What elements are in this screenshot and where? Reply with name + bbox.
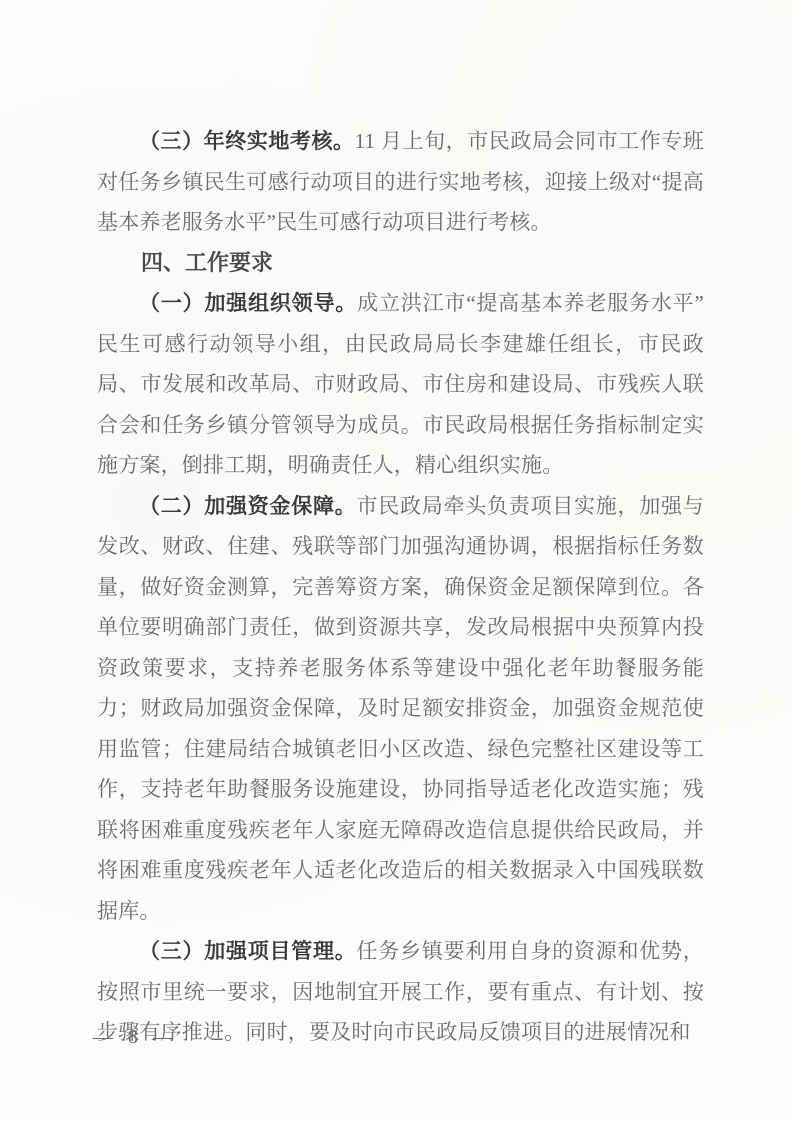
paragraph-lead-year-end-assessment: （三）年终实地考核。	[139, 129, 355, 153]
paragraph-strengthen-leadership: （一）加强组织领导。成立洪江市“提高基本养老服务水平”民生可感行动领导小组，由民…	[97, 283, 704, 486]
document-body: （三）年终实地考核。11 月上旬，市民政局会同市工作专班对任务乡镇民生可感行动项…	[97, 121, 704, 1053]
paragraph-year-end-assessment: （三）年终实地考核。11 月上旬，市民政局会同市工作专班对任务乡镇民生可感行动项…	[97, 121, 704, 243]
paragraph-lead-project-management: （三）加强项目管理。	[139, 939, 357, 963]
paragraph-text-strengthen-leadership: 成立洪江市“提高基本养老服务水平”民生可感行动领导小组，由民政局局长李建雄任组长…	[97, 291, 704, 477]
page-number: — 8 —	[93, 1024, 178, 1050]
document-page: （三）年终实地考核。11 月上旬，市民政局会同市工作专班对任务乡镇民生可感行动项…	[0, 0, 792, 1121]
paragraph-project-management: （三）加强项目管理。任务乡镇要利用自身的资源和优势，按照市里统一要求，因地制宜开…	[97, 931, 704, 1053]
section-heading-work-requirements: 四、工作要求	[97, 243, 704, 284]
paragraph-lead-strengthen-leadership: （一）加强组织领导。	[139, 291, 357, 315]
paragraph-funding-guarantee: （二）加强资金保障。市民政局牵头负责项目实施，加强与发改、财政、住建、残联等部门…	[97, 486, 704, 932]
paragraph-lead-funding-guarantee: （二）加强资金保障。	[139, 494, 357, 518]
paragraph-text-funding-guarantee: 市民政局牵头负责项目实施，加强与发改、财政、住建、残联等部门加强沟通协调，根据指…	[97, 494, 704, 923]
